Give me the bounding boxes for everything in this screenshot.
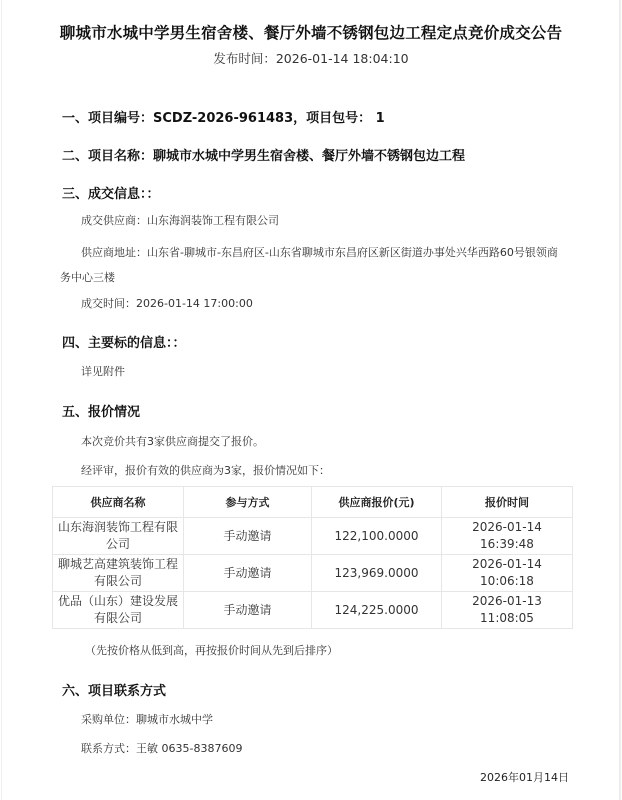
section-project-number: 一、项目编号：SCDZ-2026-961483，项目包号： 1 (62, 107, 385, 126)
col-header-price: 供应商报价(元) (312, 487, 442, 518)
cell-method: 手动邀请 (184, 518, 312, 555)
section-main-target-heading: 四、主要标的信息：： (62, 332, 186, 351)
buyer-unit: 采购单位：聊城市水城中学 (81, 711, 213, 727)
supplier-address: 供应商地址：山东省-聊城市-东昌府区-山东省聊城市东昌府区新区街道办事处兴华西路… (60, 240, 560, 290)
cell-time: 2026-01-14 16:39:48 (442, 518, 573, 555)
table-row: 优品（山东）建设发展有限公司 手动邀请 124,225.0000 2026-01… (53, 592, 573, 629)
cell-supplier: 聊城艺高建筑装饰工程有限公司 (53, 555, 184, 592)
table-header-row: 供应商名称 参与方式 供应商报价(元) 报价时间 (53, 487, 573, 518)
col-header-supplier: 供应商名称 (53, 487, 184, 518)
main-target-content: 详见附件 (81, 363, 125, 379)
scrollbar-track[interactable] (619, 0, 621, 800)
col-header-time: 报价时间 (442, 487, 573, 518)
deal-time: 成交时间：2026-01-14 17:00:00 (81, 295, 253, 311)
table-row: 聊城艺高建筑装饰工程有限公司 手动邀请 123,969.0000 2026-01… (53, 555, 573, 592)
table-row: 山东海润装饰工程有限公司 手动邀请 122,100.0000 2026-01-1… (53, 518, 573, 555)
cell-time: 2026-01-14 10:06:18 (442, 555, 573, 592)
cell-supplier: 优品（山东）建设发展有限公司 (53, 592, 184, 629)
quote-table: 供应商名称 参与方式 供应商报价(元) 报价时间 山东海润装饰工程有限公司 手动… (52, 486, 573, 629)
cell-supplier: 山东海润装饰工程有限公司 (53, 518, 184, 555)
col-header-method: 参与方式 (184, 487, 312, 518)
footer-date: 2026年01月14日 (480, 769, 569, 785)
contact-info: 联系方式：王敏 0635-8387609 (81, 740, 242, 756)
quote-evaluation: 经评审，报价有效的供应商为3家，报价情况如下： (81, 462, 330, 478)
section-contact-heading: 六、项目联系方式 (62, 680, 166, 699)
section-quote-heading: 五、报价情况 (62, 401, 140, 420)
cell-method: 手动邀请 (184, 592, 312, 629)
page-title: 聊城市水城中学男生宿舍楼、餐厅外墙不锈钢包边工程定点竞价成交公告 (0, 21, 622, 43)
cell-price: 124,225.0000 (312, 592, 442, 629)
section-deal-info-heading: 三、成交信息：： (62, 183, 160, 202)
cell-time: 2026-01-13 11:08:05 (442, 592, 573, 629)
cell-price: 122,100.0000 (312, 518, 442, 555)
cell-price: 123,969.0000 (312, 555, 442, 592)
cell-method: 手动邀请 (184, 555, 312, 592)
deal-supplier: 成交供应商：山东海润装饰工程有限公司 (81, 212, 279, 228)
section-project-name: 二、项目名称：聊城市水城中学男生宿舍楼、餐厅外墙不锈钢包边工程 (62, 145, 465, 164)
publish-time: 发布时间：2026-01-14 18:04:10 (0, 49, 622, 67)
quote-summary: 本次竞价共有3家供应商提交了报价。 (81, 433, 264, 449)
page-left-edge (1, 0, 2, 800)
sort-note: （先按价格从低到高，再按报价时间从先到后排序） (85, 642, 338, 658)
